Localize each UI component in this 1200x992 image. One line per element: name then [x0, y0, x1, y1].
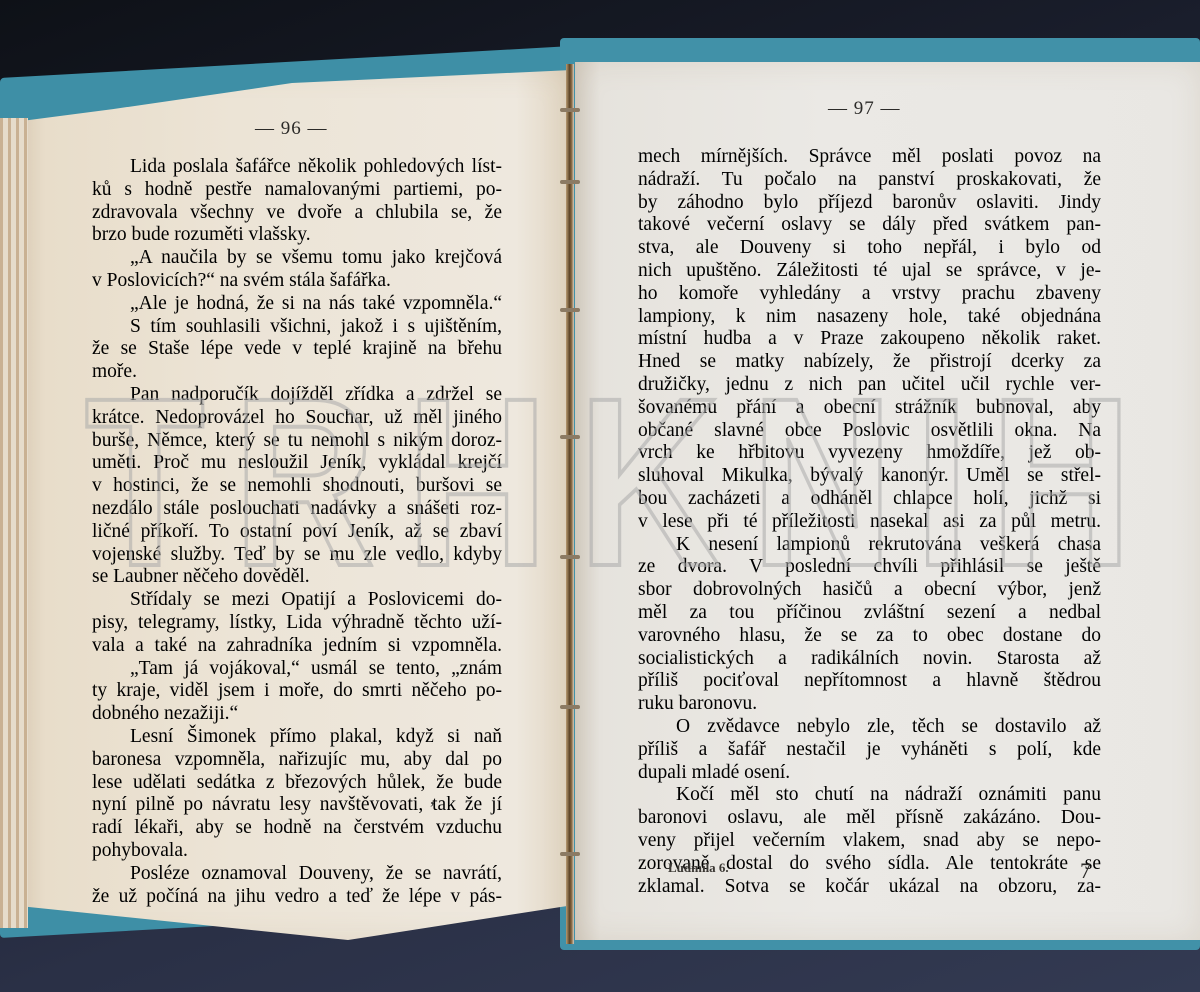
- text-line: uměti. Proč mu nesloužil Jeník, vykládal…: [92, 452, 502, 475]
- text-line: baronesa vzpomněla, nařizujíc mu, aby da…: [92, 749, 502, 772]
- text-line: ličné příkoří. To ostatní poví Jeník, až…: [92, 521, 502, 544]
- text-line: ruku baronovu.: [638, 693, 1101, 716]
- text-line: vala a také na zahradníka jedním si vzpo…: [92, 635, 502, 658]
- text-line: nezdálo stále poslouchati nadávky a snáš…: [92, 498, 502, 521]
- text-line: v Poslovicích?“ na svém stála šafářka.: [92, 270, 502, 293]
- signature-mark: Ludmila 6.: [668, 860, 729, 876]
- text-line: vrch ke hřbitovu vyvezeny hmoždíře, jež …: [638, 442, 1101, 465]
- text-line: ze dvora. V poslední chvíli přihlásil se…: [638, 556, 1101, 579]
- text-line: místní hudba a v Praze zakoupeno několik…: [638, 328, 1101, 351]
- page-edges: [0, 118, 28, 928]
- text-line: občané slavné obce Poslovic osvětlili ok…: [638, 420, 1101, 443]
- text-line: pisy, telegramy, lístky, Lida výhradně t…: [92, 612, 502, 635]
- text-line: ty kraje, viděl jsem i moře, do smrti ně…: [92, 680, 502, 703]
- text-line: ho komoře vyhledány a vrstvy prachu zbav…: [638, 283, 1101, 306]
- text-line: „Tam já vojákoval,“ usmál se tento, „zná…: [92, 658, 502, 681]
- text-line: radí lékaři, aby se hodně na čerstvém vz…: [92, 817, 502, 840]
- sheet-number: 7: [1080, 858, 1091, 884]
- text-line: O zvědavce nebylo zle, těch se dostavilo…: [638, 716, 1101, 739]
- text-line: K nesení lampionů rekrutována veškerá ch…: [638, 534, 1101, 557]
- text-line: S tím souhlasili všichni, jakož i s ujiš…: [92, 316, 502, 339]
- text-line: sluhoval Mikulka, bývalý kanonýr. Uměl s…: [638, 465, 1101, 488]
- text-line: Posléze oznamoval Douveny, že se navrátí…: [92, 863, 502, 886]
- text-line: Střídaly se mezi Opatijí a Poslovicemi d…: [92, 589, 502, 612]
- book-spine: [566, 64, 574, 944]
- text-line: Hned se matky nabízely, že přistrojí dce…: [638, 351, 1101, 374]
- text-line: by záhodno bylo příjezd baronův oslaviti…: [638, 192, 1101, 215]
- text-line: v hostinci, že se nemohli shodnouti, bur…: [92, 475, 502, 498]
- text-line: zdravovala všechny ve dvoře a chlubila s…: [92, 202, 502, 225]
- text-line: moře.: [92, 361, 502, 384]
- text-line: takové večerní oslavy se dály před svátk…: [638, 214, 1101, 237]
- binding-stitch: [560, 705, 580, 709]
- text-line: bou zacházeti a odháněl chlapce holí, ji…: [638, 488, 1101, 511]
- text-line: socialistických a radikálních novin. Sta…: [638, 648, 1101, 671]
- text-line: Pan nadporučík dojížděl zřídka a zdržel …: [92, 384, 502, 407]
- text-line: družičky, jednu z nich pan učitel učil r…: [638, 374, 1101, 397]
- text-line: varovného hlasu, že se za to obec dostan…: [638, 625, 1101, 648]
- ink-mark: ,: [430, 788, 435, 809]
- text-line: nich upuštěno. Záležitosti té ujal se sp…: [638, 260, 1101, 283]
- text-line: burše, Němce, který se tu nemohl s nikým…: [92, 430, 502, 453]
- text-line: Lesní Šimonek přímo plakal, když si naň: [92, 726, 502, 749]
- text-line: příliš pociťoval nepřítomnost a hlavně š…: [638, 670, 1101, 693]
- text-line: v lese při té příležitosti nasekal asi z…: [638, 511, 1101, 534]
- text-line: dupali mladé osení.: [638, 762, 1101, 785]
- right-page-number: — 97 —: [828, 98, 901, 120]
- text-line: lese udělati sedátka z březových hůlek, …: [92, 772, 502, 795]
- text-line: veny přijel večerním vlakem, snad aby se…: [638, 830, 1101, 853]
- text-line: baronovi oslavu, ale měl přísně zakázáno…: [638, 807, 1101, 830]
- text-line: šovanému přání a obecní strážník bubnova…: [638, 397, 1101, 420]
- text-line: „Ale je hodná, že si na nás také vzpomně…: [92, 293, 502, 316]
- text-line: vojenské služby. Teď by se mu zle vedlo,…: [92, 544, 502, 567]
- text-line: že se Staše lépe vede v teplé krajině na…: [92, 338, 502, 361]
- left-page-number: — 96 —: [255, 118, 328, 140]
- text-line: nyní pilně po návratu lesy navštěvovati,…: [92, 794, 502, 817]
- text-line: ků s hodně pestře namalovanými partiemi,…: [92, 179, 502, 202]
- binding-stitch: [560, 852, 580, 856]
- binding-stitch: [560, 308, 580, 312]
- text-line: mech mírnějších. Správce měl poslati pov…: [638, 146, 1101, 169]
- text-line: pohybovala.: [92, 840, 502, 863]
- binding-stitch: [560, 180, 580, 184]
- text-line: měl za tou příčinou zvláštní sezení a ne…: [638, 602, 1101, 625]
- text-line: příliš a šafář nestačil je vyháněti s po…: [638, 739, 1101, 762]
- text-line: Lida poslala šafářce několik pohledových…: [92, 156, 502, 179]
- text-line: stva, ale Douveny si toho nepřál, i bylo…: [638, 237, 1101, 260]
- binding-stitch: [560, 435, 580, 439]
- text-line: se Laubner něčeho dověděl.: [92, 566, 502, 589]
- text-line: nádraží. Tu počalo na panství proskakova…: [638, 169, 1101, 192]
- text-line: Kočí měl sto chutí na nádraží oznámiti p…: [638, 784, 1101, 807]
- binding-stitch: [560, 555, 580, 559]
- binding-stitch: [560, 108, 580, 112]
- text-line: „A naučila by se všemu tomu jako krejčov…: [92, 247, 502, 270]
- text-line: lampiony, k nim nasazeny hole, také obje…: [638, 306, 1101, 329]
- text-line: že už počíná na jihu vedro a teď že lépe…: [92, 886, 502, 909]
- text-line: dobného nezažiji.“: [92, 703, 502, 726]
- text-line: brzo bude rozuměti vlašsky.: [92, 224, 502, 247]
- left-page-text: Lida poslala šafářce několik pohledových…: [92, 156, 502, 908]
- text-line: krátce. Nedoprovázel ho Souchar, už měl …: [92, 407, 502, 430]
- right-page-text: mech mírnějších. Správce měl poslati pov…: [638, 146, 1101, 898]
- text-line: sbor dobrovolných hasičů a obecní výbor,…: [638, 579, 1101, 602]
- text-line: zklamal. Sotva se kočár ukázal na obzoru…: [638, 876, 1101, 899]
